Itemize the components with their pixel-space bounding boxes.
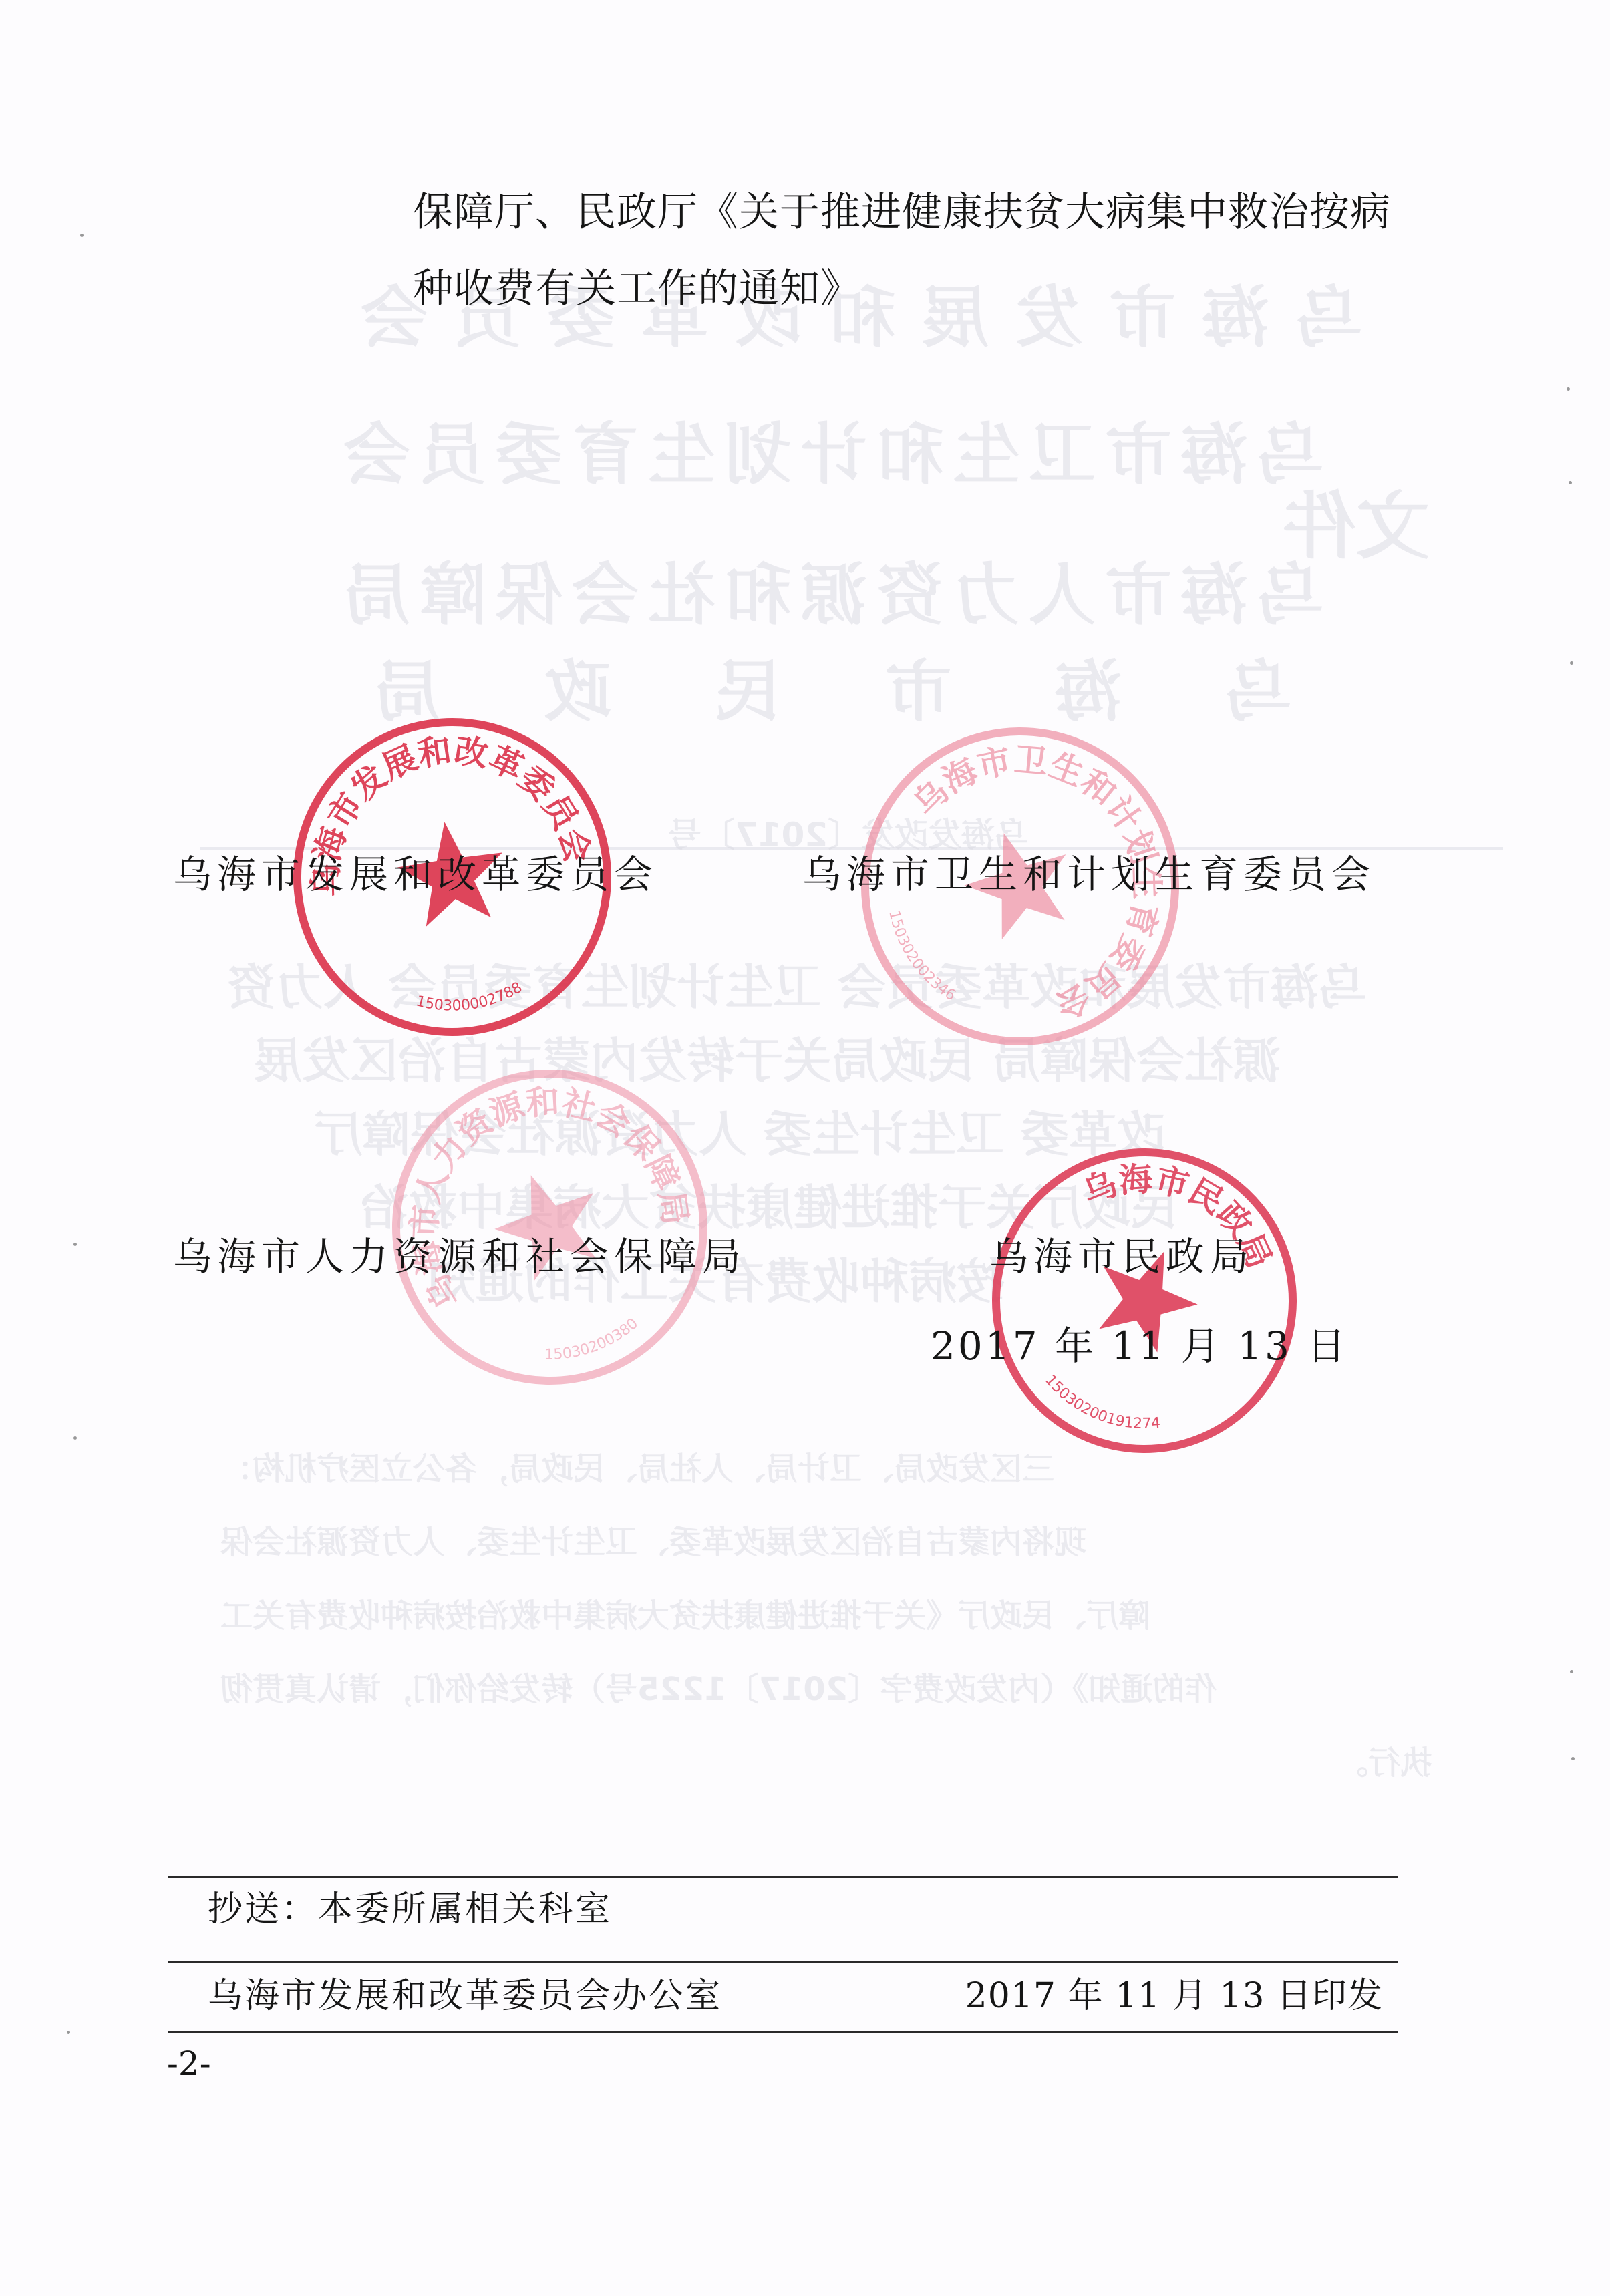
official-seals: 乌海市发展和改革委员会150300002788乌海市卫生和计划生育委员会1503…: [0, 0, 1610, 2296]
footer-rule-top: [168, 1876, 1398, 1878]
signature-hr-social-security: 乌海市人力资源和社会保障局: [173, 1237, 746, 1276]
body-text-line: 种收费有关工作的通知》: [413, 269, 861, 309]
body-text-line: 保障厅、民政厅《关于推进健康扶贫大病集中救治按病: [413, 192, 1391, 232]
svg-text:150300002788: 150300002788: [412, 978, 527, 1021]
cc-line: 抄送：本委所属相关科室: [208, 1892, 612, 1927]
footer-rule-middle: [168, 1961, 1398, 1963]
signature-health-commission: 乌海市卫生和计划生育委员会: [802, 855, 1376, 894]
issuing-office: 乌海市发展和改革委员会办公室: [208, 1979, 722, 2013]
signature-ndrc: 乌海市发展和改革委员会: [173, 855, 658, 894]
signature-civil-affairs: 乌海市民政局: [989, 1237, 1254, 1276]
svg-text:15030200380: 15030200380: [539, 1313, 645, 1373]
svg-text:15030200191274: 15030200191274: [1035, 1369, 1167, 1446]
issue-date: 2017 年 11 月 13 日印发: [965, 1979, 1383, 2013]
footer-rule-bottom: [168, 2031, 1398, 2033]
svg-text:150302002346: 150302002346: [875, 904, 962, 1011]
official-seal: 乌海市民政局15030200191274: [951, 1108, 1337, 1494]
page-number: -2-: [167, 2044, 211, 2083]
signing-date: 2017 年 11 月 13 日: [931, 1327, 1348, 1365]
official-seal: 乌海市人力资源和社会保障局15030200380: [353, 1030, 747, 1424]
